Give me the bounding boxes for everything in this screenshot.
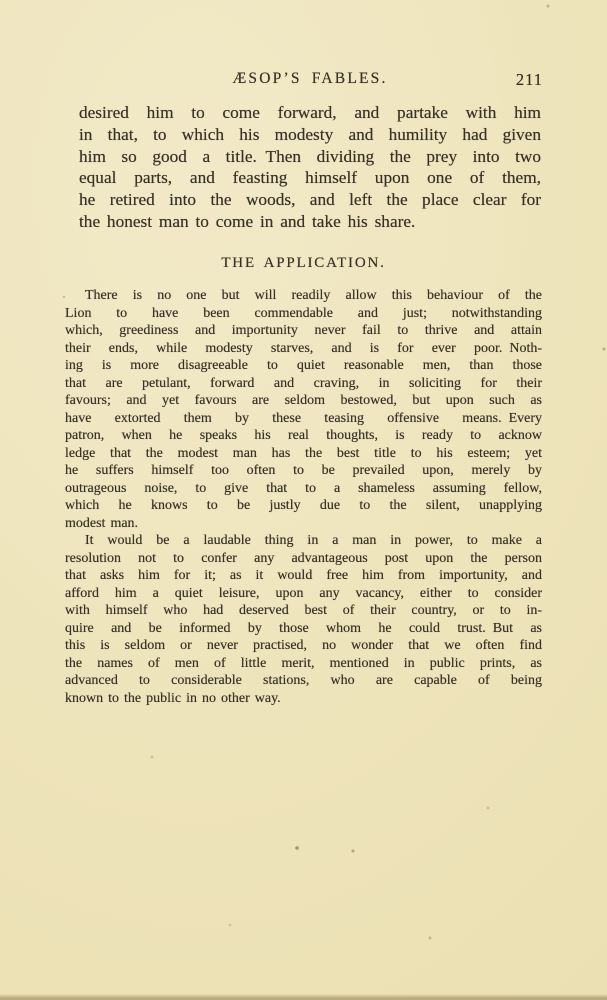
application-paragraph-1: There is no one but will readily allow t…	[65, 287, 542, 532]
text-line: afford him a quiet leisure, upon any vac…	[65, 585, 542, 603]
application-paragraph-2: It would be a laudable thing in a man in…	[65, 532, 542, 707]
page-number: 211	[516, 70, 543, 90]
text-line: that are petulant, forward and craving, …	[65, 375, 542, 393]
book-page: ÆSOP’S FABLES. 211 desired him to come f…	[0, 0, 607, 1000]
text-line: which he knows to be justly due to the s…	[65, 497, 542, 515]
text-line: quire and be informed by those whom he c…	[65, 620, 542, 638]
text-line: advanced to considerable stations, who a…	[65, 672, 542, 690]
text-line: he retired into the woods, and left the …	[79, 189, 541, 211]
text-line: which, greediness and importunity never …	[65, 322, 542, 340]
page-title: ÆSOP’S FABLES.	[79, 70, 541, 88]
text-line: this is seldom or never practised, no wo…	[65, 637, 542, 655]
application-section: There is no one but will readily allow t…	[65, 287, 542, 707]
text-line: he suffers himself too often to be preva…	[65, 462, 542, 480]
text-line: have extorted them by these teasing offe…	[65, 410, 542, 428]
text-line: in that, to which his modesty and humili…	[79, 124, 541, 146]
text-line: ing is more disagreeable to quiet reason…	[65, 357, 542, 375]
text-line: modest man.	[65, 515, 542, 533]
text-line: their ends, while modesty starves, and i…	[65, 340, 542, 358]
text-line: It would be a laudable thing in a man in…	[65, 532, 542, 550]
text-line: ledge that the modest man has the best t…	[65, 445, 542, 463]
text-line: the names of men of little merit, mentio…	[65, 655, 542, 673]
text-line: patron, when he speaks his real thoughts…	[65, 427, 542, 445]
text-line: There is no one but will readily allow t…	[65, 287, 542, 305]
text-line: favours; and yet favours are seldom best…	[65, 392, 542, 410]
text-line: that asks him for it; as it would free h…	[65, 567, 542, 585]
text-line: outrageous noise, to give that to a sham…	[65, 480, 542, 498]
text-line: resolution not to confer any advantageou…	[65, 550, 542, 568]
application-heading: THE APPLICATION.	[65, 255, 542, 272]
fable-conclusion-paragraph: desired him to come forward, and partake…	[79, 102, 541, 233]
text-line: known to the public in no other way.	[65, 690, 542, 708]
text-line: with himself who had deserved best of th…	[65, 602, 542, 620]
text-line: the honest man to come in and take his s…	[79, 211, 541, 233]
text-line: equal parts, and feasting himself upon o…	[79, 167, 541, 189]
text-line: desired him to come forward, and partake…	[79, 102, 541, 124]
text-line: him so good a title. Then dividing the p…	[79, 146, 541, 168]
text-line: Lion to have been commendable and just; …	[65, 305, 542, 323]
running-header: ÆSOP’S FABLES. 211	[79, 70, 541, 92]
